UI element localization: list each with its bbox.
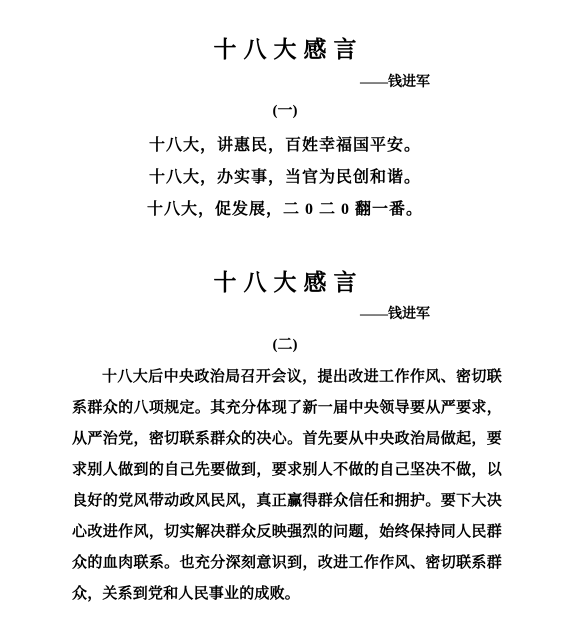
- document-page: 十八大感言 ——钱进军 (一) 十八大，讲惠民，百姓幸福国平安。 十八大，办实事…: [0, 0, 570, 630]
- author-line-2: ——钱进军: [360, 308, 430, 322]
- body-paragraph: 十八大后中央政治局召开会议，提出改进工作作风、密切联系群众的八项规定。其充分体现…: [72, 362, 502, 610]
- section-number-1: (一): [0, 103, 570, 119]
- document-title-1: 十八大感言: [0, 37, 570, 63]
- section-number-2: (二): [0, 337, 570, 353]
- author-line-1: ——钱进军: [360, 76, 430, 90]
- poem-line-2: 十八大，办实事，当官为民创和谐。: [0, 162, 570, 194]
- poem-line-1: 十八大，讲惠民，百姓幸福国平安。: [0, 130, 570, 162]
- document-title-2: 十八大感言: [0, 270, 570, 296]
- poem-block: 十八大，讲惠民，百姓幸福国平安。 十八大，办实事，当官为民创和谐。 十八大，促发…: [0, 130, 570, 226]
- poem-line-3: 十八大，促发展，二 0 二 0 翻一番。: [0, 194, 570, 226]
